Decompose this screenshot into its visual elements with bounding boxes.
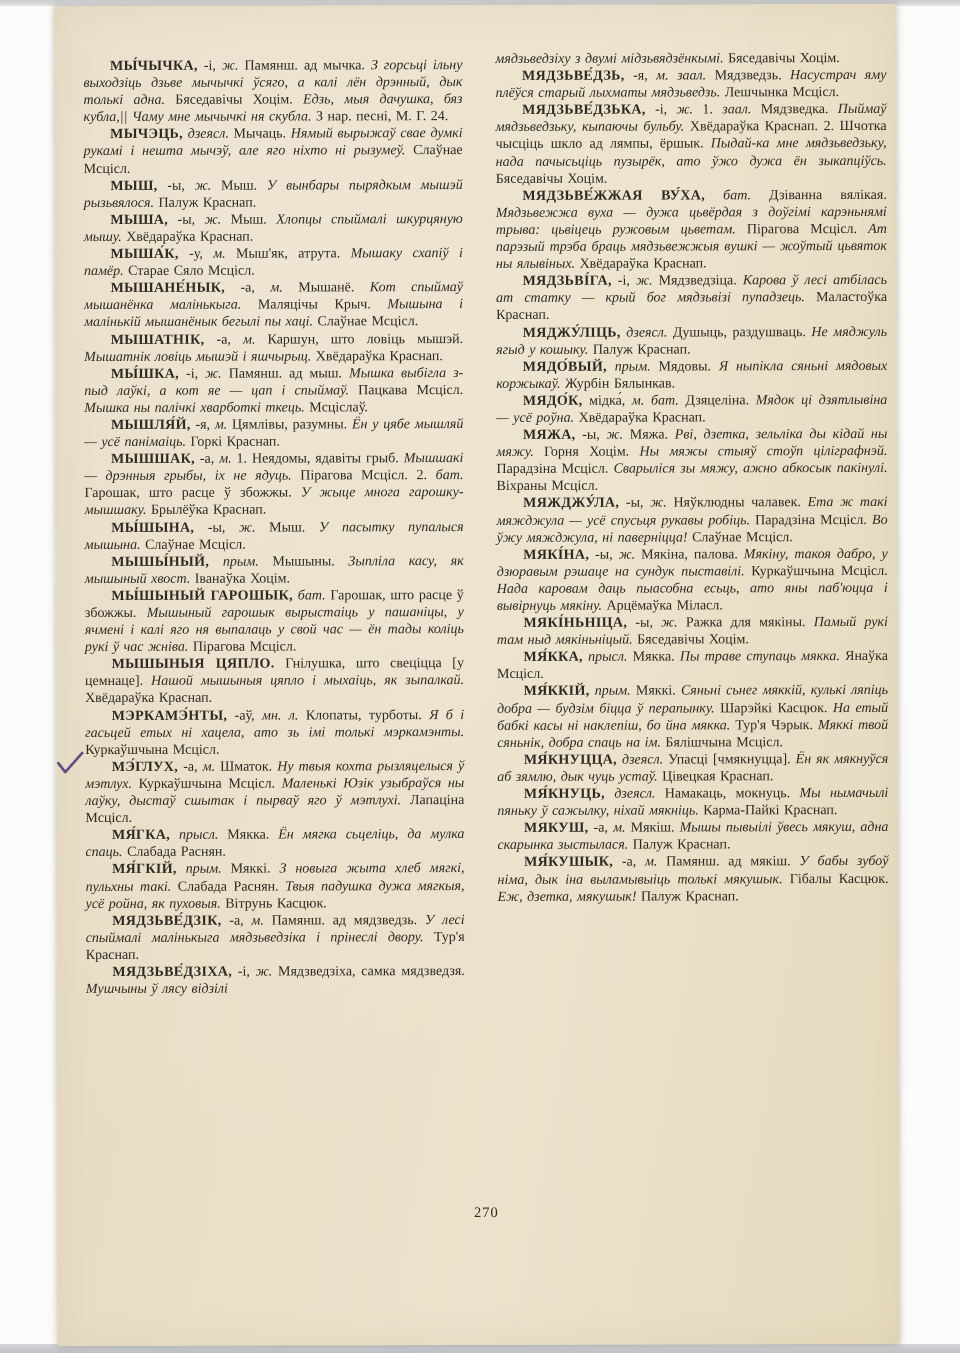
example-text: ж. xyxy=(661,616,678,631)
headword: МЫША, xyxy=(110,213,168,228)
example-text: прым. xyxy=(595,684,631,699)
example-text: бат. xyxy=(298,588,326,603)
example-text: ж. xyxy=(205,213,222,228)
example-text: ж. xyxy=(636,274,653,289)
headword: МЫ́ЧЫЧКА, xyxy=(110,59,198,74)
example-text: ж. xyxy=(222,59,239,74)
headword: МЫШЛЯ́Й, xyxy=(111,418,191,433)
headword: МЯДЗЬВЕ́ЖЖАЯ ВУ́ХА, xyxy=(522,188,705,203)
dictionary-entry: МЯ́ГКІЙ, прым. Мяккі. З новыга жыта хлеб… xyxy=(85,860,464,912)
dictionary-entry: МЫЧЭЦЬ, дзеясл. Мычаць. Нямый вырыжаў св… xyxy=(84,125,463,177)
example-text: прысл. xyxy=(179,828,218,843)
text-run: Мякіна, палова. xyxy=(635,547,744,562)
text-run xyxy=(209,554,223,569)
text-run: -а, xyxy=(225,281,270,296)
text-run: Мядовы. xyxy=(651,359,719,374)
dictionary-entry: МЫ́ШЫНА, -ы, ж. Мыш. У пасытку пупалыся … xyxy=(85,519,464,554)
text-run: Хвёдараўка Краснап. xyxy=(85,691,212,706)
dictionary-entry: МЯДЗЬВЕ́ДЗЬ, -я, м. заал. Мядзведзь. Нас… xyxy=(495,67,886,102)
text-run: Гарошак, што расце ў збожжы. xyxy=(85,486,301,502)
text-run: Пірагова Мсцісл. xyxy=(736,222,868,237)
text-run: Бяседавічы Хоцім. xyxy=(724,51,840,66)
dictionary-entry: МЫШШАК, -а, м. 1. Неядомы, ядавіты грыб.… xyxy=(84,450,463,519)
text-run: -а, xyxy=(204,332,243,347)
dictionary-entry: МЫШАНЕ́НЫК, -а, м. Мышанё. Кот спыймаў м… xyxy=(84,279,463,331)
example-text: Нашой мышыныя цяпло і мыхаіць, як зыпалк… xyxy=(151,673,464,689)
dictionary-entry: МЫШЫНЫЯ ЦЯПЛО. Гнілушка, што свеціцца [у… xyxy=(85,655,464,707)
dictionary-entry: МЯ́ГКА, прысл. Мякка. Ён мягка сьцеліць,… xyxy=(85,826,464,861)
text-run: Мядзведка. xyxy=(751,102,837,117)
headword: МЯ́ГКІЙ, xyxy=(112,862,177,877)
text-run: Цямлівы, разумны. xyxy=(227,417,352,432)
text-run xyxy=(705,188,723,203)
example-text: м. xyxy=(213,247,225,262)
example-text: м. xyxy=(251,913,263,928)
text-run xyxy=(170,828,179,843)
text-run: -ы, xyxy=(589,547,619,562)
dictionary-entry: МЫ́ЧЫЧКА, -і, ж. Памянш. ад мычка. З гор… xyxy=(83,57,462,126)
text-run xyxy=(177,862,186,877)
text-run: Слабада Раснян. xyxy=(123,845,226,860)
example-text: м. xyxy=(215,418,227,433)
text-run: -ы, xyxy=(575,428,606,443)
page-number: 270 xyxy=(456,1205,516,1222)
example-text: Еж, дзетка, мякушык! xyxy=(498,889,637,904)
headword: МЫША́К, xyxy=(110,247,178,262)
dictionary-entry: МЯКІ́НЬНІЦА, -ы, ж. Ражка для мякіны. Па… xyxy=(497,614,888,649)
dictionary-entry: МЯКУШ, -а, м. Мякіш. Мышы пывыілі ўвесь … xyxy=(497,819,888,854)
text-run: Хвёдараўка Краснап. xyxy=(574,410,706,425)
text-run: Цівецкая Краснап. xyxy=(658,769,774,784)
headword: МЯДЗЬВЕ́ДЗЬ, xyxy=(522,69,625,84)
dictionary-entry: МЭ́ГЛУХ, -а, м. Шматок. Ну твыя кохта ры… xyxy=(85,758,464,827)
example-text: ж. xyxy=(239,520,256,535)
headword: МЫШ, xyxy=(110,178,157,193)
example-text: прысл. xyxy=(588,650,627,665)
text-run: Упасці [чмякнуцца]. xyxy=(663,752,796,767)
text-run: -а, xyxy=(178,760,203,775)
example-text: дзеясл. xyxy=(614,787,655,802)
text-run: Тур'я Чэрык. xyxy=(730,718,818,733)
example-text: прым. xyxy=(186,862,222,877)
example-text: Пы траве ступаць мякка. xyxy=(680,649,840,664)
text-run: -і, xyxy=(646,103,677,118)
text-run: Няўклюдны чалавек. xyxy=(667,496,808,511)
text-run: Мядзведзіха, самка мядзведзя. xyxy=(272,964,465,980)
headword: МЯДЗЬВІ́ГА, xyxy=(523,274,612,289)
text-run: Мякка. xyxy=(218,828,278,843)
text-run: З нар. песні, М. Г. 24. xyxy=(311,109,448,124)
dictionary-entry: МЯ́КНУЦЬ, дзеясл. Намакаць, мокнуць. Мы … xyxy=(497,785,888,820)
dictionary-entry: МЯ́ККА, прысл. Мякка. Пы траве ступаць м… xyxy=(497,648,888,683)
text-run: Бяседавічы Хоцім. xyxy=(633,632,749,647)
text-column-left: МЫ́ЧЫЧКА, -і, ж. Памянш. ад мычка. З гор… xyxy=(83,57,464,998)
text-run: Мсціслаў. xyxy=(305,400,368,415)
headword: МЫЧЭЦЬ, xyxy=(110,127,183,142)
text-run: Памянш. ад мыш. xyxy=(222,366,349,381)
text-run: Памянш. ад мядзведзь. xyxy=(264,913,425,928)
dictionary-entry: мядзьведзіху з двумі мідзьвядзёнкымі. Бя… xyxy=(495,50,886,68)
text-run: Памянш. ад мякіш. xyxy=(657,855,799,870)
dictionary-entry: МЯДЖУ́ЛІЦЬ, дзеясл. Душыць, раздушваць. … xyxy=(496,323,887,358)
example-text: м. xyxy=(645,855,657,870)
text-run: Пацкава Мсцісл. xyxy=(349,383,463,398)
text-run: -і, xyxy=(612,274,636,289)
example-text: мн. л. xyxy=(262,708,298,723)
dictionary-entry: МЫ́ШКА, -і, ж. Памянш. ад мыш. Мышка выб… xyxy=(84,365,463,417)
headword: МЯКІ́НА, xyxy=(523,547,589,562)
example-text: прым. xyxy=(223,554,259,569)
headword: МЯДО́К, xyxy=(523,394,583,409)
dictionary-entry: МЯДЗЬВЕ́ДЗІК, -а, м. Памянш. ад мядзведз… xyxy=(86,912,465,964)
headword: МЯДЗЬВЕ́ДЗІК, xyxy=(112,913,221,928)
text-run: Памянш. ад мычка. xyxy=(238,58,371,73)
example-text: Мушчыны ў лясу відзілі xyxy=(86,982,228,997)
text-run: Палуж Краснап. xyxy=(636,889,738,904)
text-run: -і, xyxy=(179,366,205,381)
text-run: 1. xyxy=(693,103,722,118)
headword: МЫ́ШКА, xyxy=(111,366,179,381)
text-run: Хвёдараўка Краснап. xyxy=(575,257,707,272)
headword: МЯ́ККА, xyxy=(524,650,583,665)
headword: МЯДЖУ́ЛІЦЬ, xyxy=(523,325,621,340)
text-run: Горкі Краснап. xyxy=(186,435,280,450)
headword: МЯ́КУШЫК, xyxy=(524,855,613,870)
text-run: Мыш'як, атрута. xyxy=(226,246,351,261)
text-run: Мыш. xyxy=(221,212,276,227)
dictionary-entry: МЯ́КНУЦЦА, дзеясл. Упасці [чмякнуцца]. Ё… xyxy=(497,751,888,786)
text-run: -аў, xyxy=(227,708,262,723)
text-run: Дзяцеліна. xyxy=(679,393,756,408)
headword: МЫШАНЕ́НЫК, xyxy=(111,281,226,296)
headword: МЫШАТНІК, xyxy=(111,332,205,347)
text-run: -а, xyxy=(195,452,219,467)
example-text: м. xyxy=(613,821,625,836)
text-run: Вітрунь Касцюк. xyxy=(221,896,327,911)
headword: МЯ́КНУЦЬ, xyxy=(524,787,605,802)
text-run: -ы, xyxy=(168,213,205,228)
text-run: Ражка для мякіны. xyxy=(678,615,814,630)
example-text: Ны мяжы стыяў стоўп ціліграфнэй. xyxy=(640,444,888,460)
text-run: Мышыны. xyxy=(259,554,349,569)
headword: МЯЖА, xyxy=(523,428,576,443)
headword: МЯ́ГКА, xyxy=(112,828,170,843)
dictionary-entry: МЯ́ККІЙ, прым. Мяккі. Сяньні сьнег мяккі… xyxy=(497,682,888,751)
text-run: -ы, xyxy=(619,496,650,511)
text-run: Мяккі. xyxy=(631,684,681,699)
headword: МЯ́КНУЦЦА, xyxy=(524,752,617,767)
text-run: Шарэйкі Касцюк. xyxy=(715,701,833,716)
text-run: Мыш. xyxy=(211,178,267,193)
headword: МЯ́ККІЙ, xyxy=(524,684,590,699)
text-run: Куркаўшчына Мсцісл. xyxy=(132,776,282,791)
dictionary-entry: МЯЖДЖУ́ЛА, -ы, ж. Няўклюдны чалавек. Ета… xyxy=(497,494,888,546)
headword: МЭ́ГЛУХ, xyxy=(112,760,178,775)
example-text: дзеясл. xyxy=(188,127,229,142)
text-run: Мыш. xyxy=(256,520,319,535)
text-run: Мяккі. xyxy=(222,862,280,877)
dictionary-entry: МЫШЛЯ́Й, -я, м. Цямлівы, разумны. Ён у ц… xyxy=(84,416,463,451)
text-run: -ы, xyxy=(627,616,661,631)
text-run: Мядзведзіца. xyxy=(652,274,742,289)
text-run xyxy=(607,359,615,374)
handwritten-checkmark-icon xyxy=(55,750,85,778)
dictionary-entry: МЯ́КУШЫК, -а, м. Памянш. ад мякіш. У баб… xyxy=(497,853,888,905)
headword: МЯДЗЬВЕ́ДЗЬКА, xyxy=(522,103,646,118)
example-text: м. бат. xyxy=(632,393,679,408)
headword: МЯКІ́НЬНІЦА, xyxy=(523,616,627,631)
dictionary-entry: МЭРКАМЭ́НТЫ, -аў, мн. л. Клопаты, турбот… xyxy=(85,707,464,759)
dictionary-entry: МЫ́ШЫНЫЙ ГАРОШЫК, бат. Гарошак, што расц… xyxy=(85,587,464,656)
example-text: м. xyxy=(219,452,231,467)
headword: МЯДЗЬВЕ́ДЗІХА, xyxy=(112,965,232,980)
dictionary-entry: МЯДЗЬВЕ́ДЗЬКА, -і, ж. 1. заал. Мядзведка… xyxy=(496,101,887,187)
headword: МЫ́ШЫНА, xyxy=(111,520,194,535)
headword: МЭРКАМЭ́НТЫ, xyxy=(112,708,228,723)
example-text: дзеясл. xyxy=(626,325,667,340)
text-run: Палуж Краснап. xyxy=(628,838,730,853)
text-run: Мякка. xyxy=(627,650,680,665)
text-run: Мяжа. xyxy=(623,428,675,443)
example-text: заал. xyxy=(722,103,751,118)
dictionary-entry: МЯДЗЬВІ́ГА, -і, ж. Мядзведзіца. Карова ў… xyxy=(496,272,887,324)
headword: МЯКУШ, xyxy=(524,821,588,836)
example-text: бат. xyxy=(436,468,464,483)
text-run: Лешчынка Мсцісл. xyxy=(720,85,839,100)
text-run: Гібалы Касцюк. xyxy=(783,871,889,886)
text-run: Слабада Раснян. xyxy=(171,879,285,894)
text-run: Слаўнае Мсцісл. xyxy=(313,315,418,330)
text-run: Віхраны Мсцісл. xyxy=(496,479,598,494)
book-page: МЫ́ЧЫЧКА, -і, ж. Памянш. ад мычка. З гор… xyxy=(54,4,900,1346)
example-text: мядзьведзіху з двумі мідзьвядзёнкымі. xyxy=(495,51,723,67)
text-run: Шматок. xyxy=(215,759,277,774)
text-run: мідка́, xyxy=(582,393,631,408)
example-text: Мышка ны палічкі хварботкі ткець. xyxy=(84,400,304,416)
text-run: -а, xyxy=(588,821,613,836)
text-run: Брылёўка Краснап. xyxy=(146,503,266,518)
text-run: -ы, xyxy=(194,520,239,535)
text-run: Хвёдараўка Краснап. xyxy=(122,230,254,245)
text-run: Карма-Пайкі Краснап. xyxy=(699,803,838,818)
text-run: Куркаўшчына Мсцісл. xyxy=(745,564,888,579)
example-text: м. xyxy=(203,760,215,775)
dictionary-entry: МЯЖА, -ы, ж. Мяжа. Рві, дзетка, зельліка… xyxy=(496,426,887,495)
example-text: м. xyxy=(270,281,282,296)
text-run: -ы, xyxy=(158,178,195,193)
dictionary-entry: МЫША́К, -у, м. Мыш'як, атрута. Мышаку сх… xyxy=(84,245,463,280)
text-run: Маляцічы Крыч. xyxy=(241,298,387,313)
text-run: Хвёдараўка Краснап. xyxy=(311,349,443,364)
text-run: Палуж Краснап. xyxy=(154,195,256,210)
example-text: ж. xyxy=(650,496,667,511)
text-run: Мышанё. xyxy=(283,280,370,295)
text-run: Пірагова Мсцісл. xyxy=(188,640,296,655)
example-text: Мышатнік ловіць мышэй і яшчырыц. xyxy=(84,349,311,365)
text-run: Старае Сяло Мсцісл. xyxy=(124,264,255,279)
text-run: Бяседавічы Хоцім. xyxy=(496,171,608,186)
example-text: ж. xyxy=(205,366,222,381)
text-run: -я, xyxy=(625,69,657,84)
text-run: -я, xyxy=(191,418,215,433)
dictionary-entry: МЯКІ́НА, -ы, ж. Мякіна, палова. Мякіну, … xyxy=(497,546,888,615)
text-run: Намакаць, мокнуць. xyxy=(655,786,799,801)
text-run: Бяседавічы Хоцім. xyxy=(165,93,303,108)
text-run: -і, xyxy=(232,965,256,980)
headword: МЯДО́ВЫЙ, xyxy=(523,359,607,374)
example-text: ж. xyxy=(619,547,636,562)
text-run: Палуж Краснап. xyxy=(588,342,690,357)
dictionary-entry: МЯДЗЬВЕ́ЖЖАЯ ВУ́ХА, бат. Дзіванна вяліка… xyxy=(496,187,887,273)
example-text: прым. xyxy=(615,359,651,374)
dictionary-entry: МЯДЗЬВЕ́ДЗІХА, -і, ж. Мядзведзіха, самка… xyxy=(86,963,465,998)
example-text: м. xyxy=(243,332,255,347)
headword: МЫШШАК, xyxy=(111,452,195,467)
text-column-right: мядзьведзіху з двумі мідзьвядзёнкымі. Бя… xyxy=(495,50,888,906)
text-run: -у, xyxy=(179,247,214,262)
text-run: Парадзіна Мсцісл. xyxy=(750,512,872,527)
dictionary-entry: МЫШАТНІК, -а, м. Каршун, што ловіць мышэ… xyxy=(84,331,463,366)
text-run: Парадзіна Мсцісл. xyxy=(496,462,613,477)
text-run: Душыць, раздушваць. xyxy=(667,325,811,340)
example-text: ж. xyxy=(607,428,624,443)
text-run: Мычаць. xyxy=(229,127,291,142)
example-text: ж. xyxy=(195,178,212,193)
headword: МЯЖДЖУ́ЛА, xyxy=(523,496,619,511)
text-run: Бялішчына Мсцісл. xyxy=(661,735,783,750)
text-run: Куркаўшчына Мсцісл. xyxy=(85,742,219,757)
dictionary-entry: МЯДО́ВЫЙ, прым. Мядовы. Я ныпікла сяньні… xyxy=(496,358,887,393)
headword: МЫШЫНЫЯ ЦЯПЛО. xyxy=(112,657,275,672)
headword: МЫ́ШЫНЫЙ ГАРОШЫК, xyxy=(111,588,293,603)
text-run: Журбін Бялынкав. xyxy=(560,376,675,391)
text-run: Пірагова Мсцісл. 2. xyxy=(292,468,436,483)
text-run: -а, xyxy=(613,855,645,870)
text-run: Іванаўка Хоцім. xyxy=(190,571,290,586)
text-run: Каршун, што ловіць мышэй. xyxy=(255,332,463,348)
text-run: Слаўнае Мсцісл. xyxy=(688,530,793,545)
text-run: Дзіванна вялікая. xyxy=(751,188,887,203)
example-text: Сварыліся зы мяжу, ажно абкосык пакінулі… xyxy=(614,461,888,477)
text-run: -і, xyxy=(198,59,222,74)
text-run: Слаўнае Мсцісл. xyxy=(141,537,246,552)
example-text: м. заал. xyxy=(656,68,706,83)
example-text: ж. xyxy=(676,103,693,118)
dictionary-entry: МЫША, -ы, ж. Мыш. Хлопцы спыймалі шкурця… xyxy=(84,211,463,246)
text-run: -а, xyxy=(222,913,252,928)
text-run: Мядзведзь. xyxy=(706,68,790,83)
example-text: ж. xyxy=(256,965,273,980)
example-text: дзеясл. xyxy=(622,752,663,767)
text-run: 1. Неядомы, ядавіты грыб. xyxy=(232,451,404,466)
example-text: бат. xyxy=(723,188,751,203)
dictionary-entry: МЯДО́К, мідка́, м. бат. Дзяцеліна. Мядок… xyxy=(496,392,887,427)
text-run xyxy=(605,787,614,802)
text-run: Арцёмаўка Міласл. xyxy=(602,598,723,613)
text-run: Мякіш. xyxy=(625,821,679,836)
text-run: Горня Хоцім. xyxy=(534,445,640,460)
text-run: Клопаты, турботы. xyxy=(298,708,429,723)
dictionary-entry: МЫШ, -ы, ж. Мыш. У вынбары пырядкым мышэ… xyxy=(84,177,463,212)
headword: МЫШЫ́НЫЙ, xyxy=(111,554,209,569)
dictionary-entry: МЫШЫ́НЫЙ, прым. Мышыны. Зыпліла касу, як… xyxy=(85,553,464,588)
